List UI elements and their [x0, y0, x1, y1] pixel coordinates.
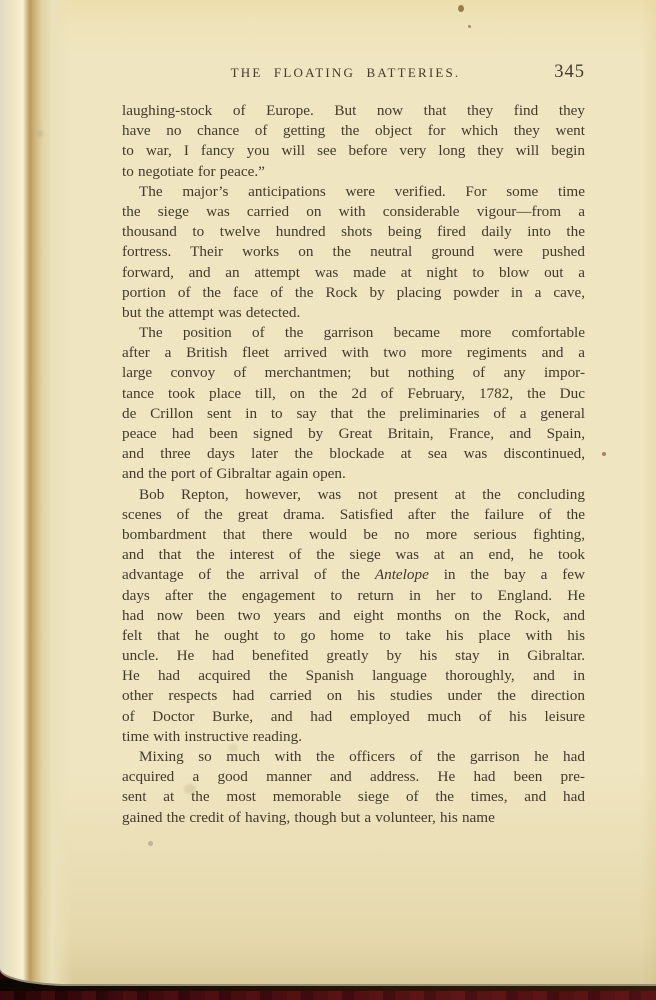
text-line: other respects had carried on his studie…	[122, 686, 585, 706]
text-line: tance took place till, on the 2d of Febr…	[122, 384, 585, 404]
running-header: THE FLOATING BATTERIES. 345	[122, 64, 585, 86]
text-line: and the port of Gibraltar again open.	[122, 464, 585, 484]
text-line: de Crillon sent in to say that the preli…	[122, 404, 585, 424]
text-line: The position of the garrison became more…	[122, 323, 585, 343]
text-line: after a British fleet arrived with two m…	[122, 343, 585, 363]
text-line: The major’s anticipations were verified.…	[122, 182, 585, 202]
page-text: laughing-stock of Europe. But now that t…	[122, 101, 585, 828]
text-line: of Doctor Burke, and had employed much o…	[122, 707, 585, 727]
paragraph: laughing-stock of Europe. But now that t…	[122, 101, 585, 182]
text-line: laughing-stock of Europe. But now that t…	[122, 101, 585, 121]
text-line: uncle. He had benefited greatly by his s…	[122, 646, 585, 666]
text-line: portion of the face of the Rock by placi…	[122, 283, 585, 303]
text-line: but the attempt was detected.	[122, 303, 585, 323]
text-line: to war, I fancy you will see before very…	[122, 141, 585, 161]
text-line: time with instructive reading.	[122, 727, 585, 747]
text-line: large convoy of merchantmen; but nothing…	[122, 363, 585, 383]
paragraph: The major’s anticipations were verified.…	[122, 182, 585, 323]
italic-ship-name: Antelope	[375, 566, 429, 583]
paragraph: The position of the garrison became more…	[122, 323, 585, 485]
paper-speck	[468, 25, 471, 28]
text-line: the siege was carried on with considerab…	[122, 202, 585, 222]
text-line: scenes of the great drama. Satisfied aft…	[122, 505, 585, 525]
paragraph: Bob Repton, however, was not present at …	[122, 485, 585, 747]
text-line: peace had been signed by Great Britain, …	[122, 424, 585, 444]
text-line: acquired a good manner and address. He h…	[122, 767, 585, 787]
text-line: felt that he ought to go home to take hi…	[122, 626, 585, 646]
text-line: had now been two years and eight months …	[122, 606, 585, 626]
text-line: bombardment that there would be no more …	[122, 525, 585, 545]
text-line: He had acquired the Spanish language tho…	[122, 666, 585, 686]
book-page: THE FLOATING BATTERIES. 345 laughing-sto…	[0, 0, 656, 986]
paper-speck	[36, 130, 43, 137]
text-line: sent at the most memorable siege of the …	[122, 787, 585, 807]
text-line: and three days later the blockade at sea…	[122, 444, 585, 464]
text-line: Mixing so much with the officers of the …	[122, 747, 585, 767]
running-title: THE FLOATING BATTERIES.	[114, 64, 577, 82]
text-line: gained the credit of having, though but …	[122, 808, 585, 828]
paper-speck	[602, 452, 606, 456]
text-line: have no chance of getting the object for…	[122, 121, 585, 141]
text-line: forward, and an attempt was made at nigh…	[122, 263, 585, 283]
text-line: fortress. Their works on the neutral gro…	[122, 242, 585, 262]
text-line: thousand to twelve hundred shots being f…	[122, 222, 585, 242]
text-line: and that the interest of the siege was a…	[122, 545, 585, 565]
book: THE FLOATING BATTERIES. 345 laughing-sto…	[0, 0, 656, 1000]
paper-speck	[458, 5, 464, 12]
paragraph: Mixing so much with the officers of the …	[122, 747, 585, 828]
page-gutter	[0, 0, 70, 986]
text-line: to negotiate for peace.”	[122, 162, 585, 182]
text-line: days after the engagement to return in h…	[122, 586, 585, 606]
paper-speck	[148, 841, 153, 846]
text-line: Bob Repton, however, was not present at …	[122, 485, 585, 505]
text-line: advantage of the arrival of the Antelope…	[122, 565, 585, 585]
page-number: 345	[554, 61, 585, 83]
